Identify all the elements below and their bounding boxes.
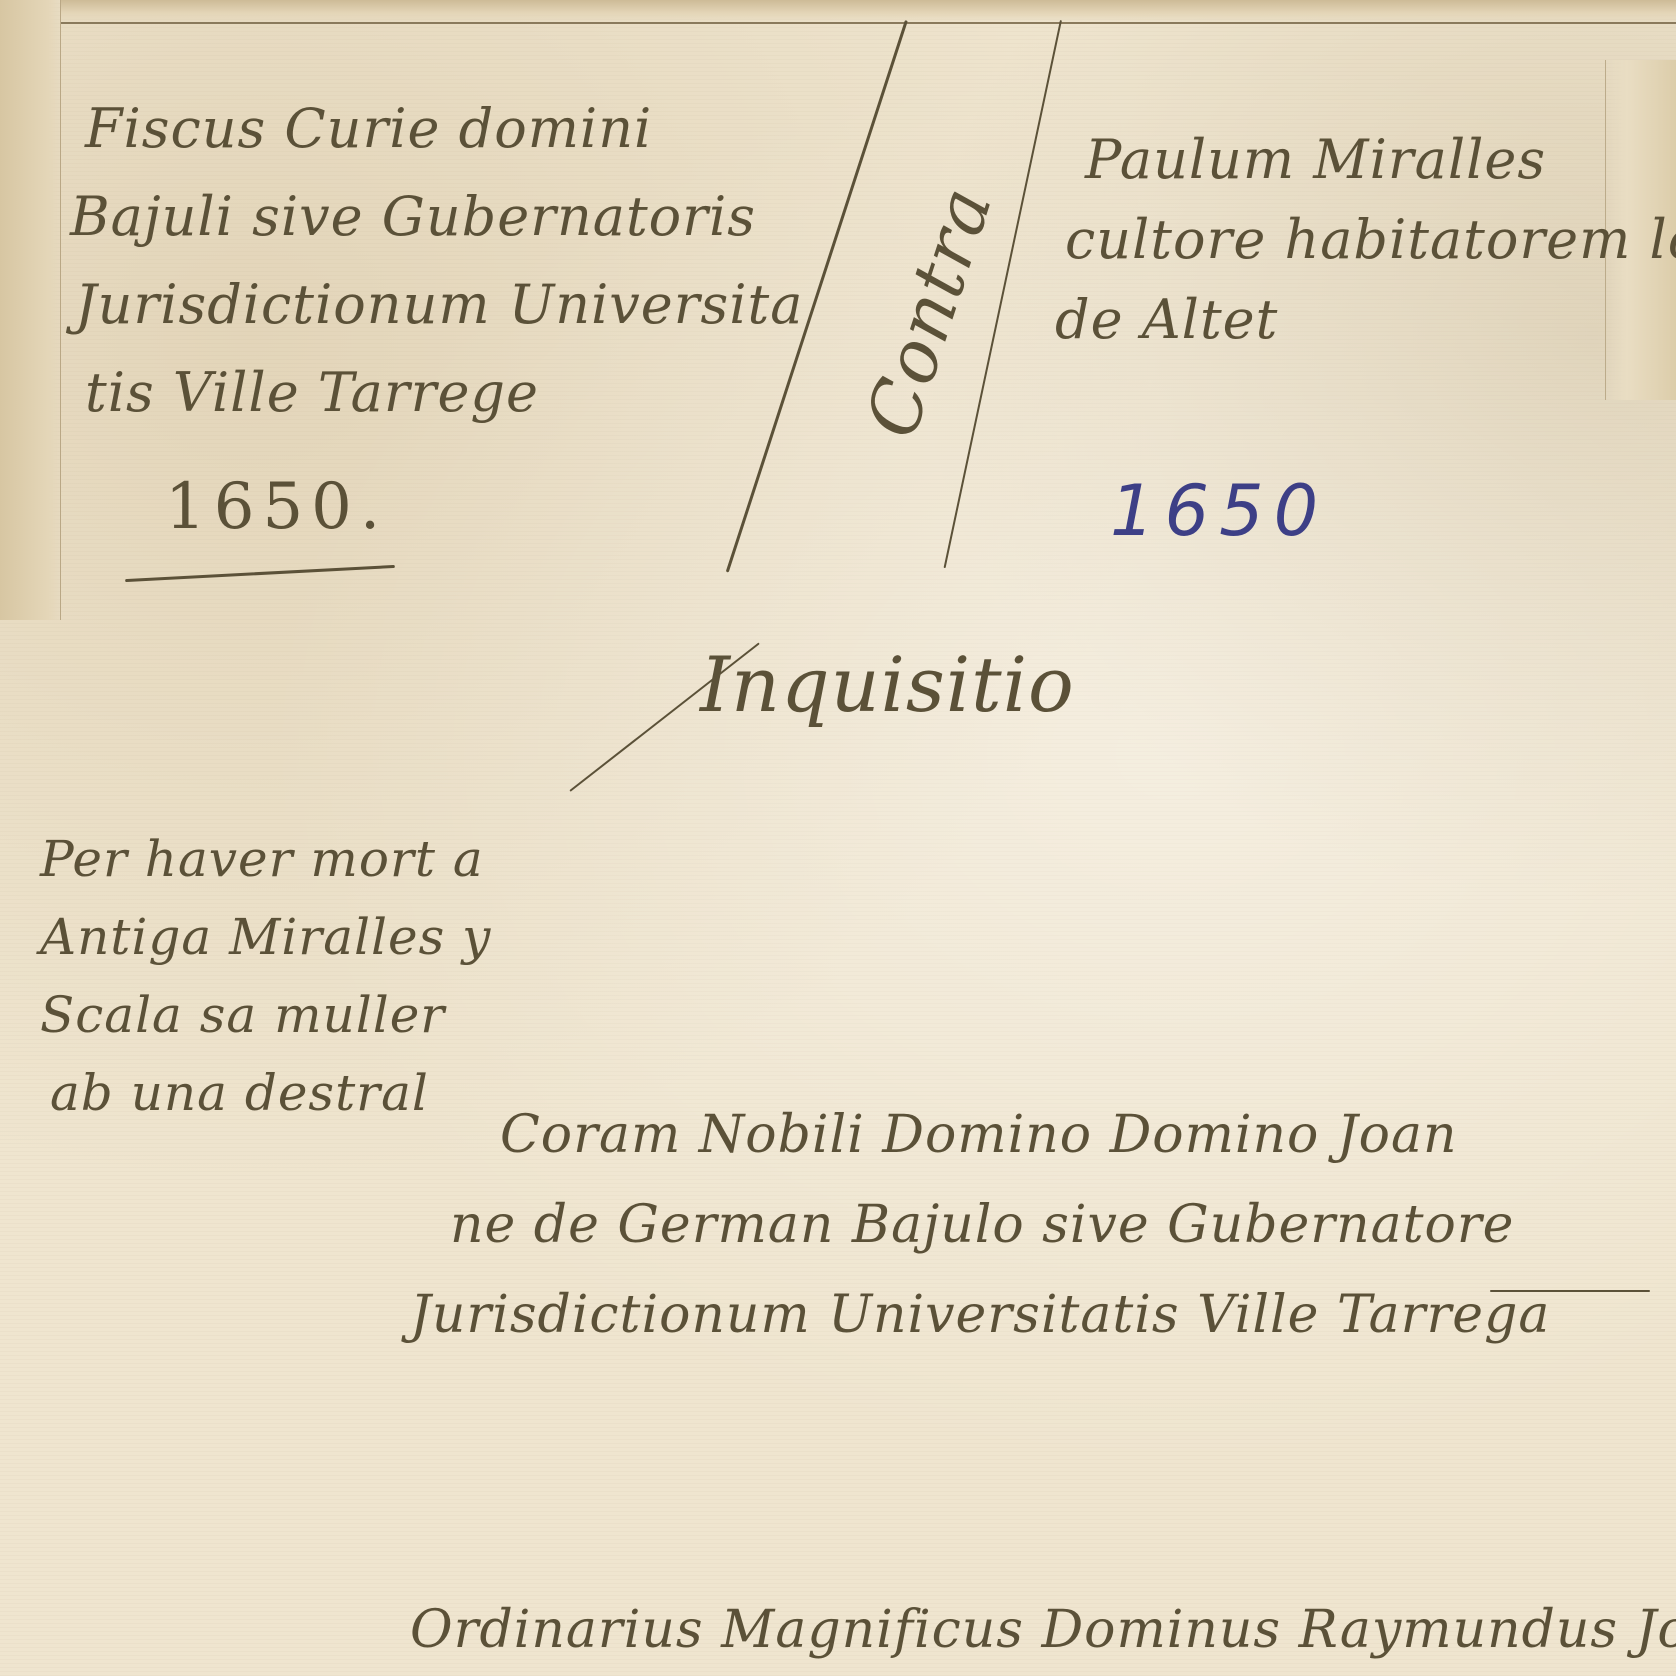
body-line: Jurisdictionum Universitatis Ville Tarre… (410, 1270, 1550, 1360)
margin-note: Per haver mort a Antiga Miralles y Scala… (40, 820, 491, 1132)
year-underline (125, 565, 395, 582)
manuscript-page: Fiscus Curie domini Bajuli sive Gubernat… (0, 0, 1676, 1676)
footer-line: Ordinarius Magnificus Dominus Raymundus … (410, 1590, 1676, 1670)
body-line-filler (1490, 1290, 1650, 1292)
header-right-line: Paulum Miralles (1085, 120, 1676, 200)
header-left-block: Fiscus Curie domini Bajuli sive Gubernat… (85, 85, 803, 437)
paper-left-edge (0, 0, 61, 620)
body-line: ne de German Bajulo sive Gubernatore (450, 1180, 1550, 1270)
margin-note-line: ab una destral (50, 1054, 491, 1132)
margin-note-line: Scala sa muller (40, 976, 491, 1054)
document-title: Inquisitio (700, 640, 1075, 729)
year-left: 1650. (165, 470, 388, 544)
header-left-line: Fiscus Curie domini (85, 85, 803, 173)
archival-year: 1650 (1110, 470, 1328, 552)
margin-note-line: Antiga Miralles y (40, 898, 491, 976)
margin-note-line: Per haver mort a (40, 820, 491, 898)
body-text: Coram Nobili Domino Domino Joan ne de Ge… (500, 1090, 1550, 1360)
header-left-line: Bajuli sive Gubernatoris (70, 173, 803, 261)
footer-text: Ordinarius Magnificus Dominus Raymundus … (410, 1590, 1676, 1670)
contra-label: Contra (849, 177, 1008, 447)
header-right-line: de Altet (1055, 280, 1676, 360)
body-line: Coram Nobili Domino Domino Joan (500, 1090, 1550, 1180)
paper-top-fold (60, 0, 1676, 24)
header-right-block: Paulum Miralles cultore habitatorem loci… (1085, 120, 1676, 360)
header-right-line: cultore habitatorem loci (1065, 200, 1676, 280)
header-left-line: Jurisdictionum Universita (75, 261, 803, 349)
header-left-line: tis Ville Tarrege (85, 349, 803, 437)
